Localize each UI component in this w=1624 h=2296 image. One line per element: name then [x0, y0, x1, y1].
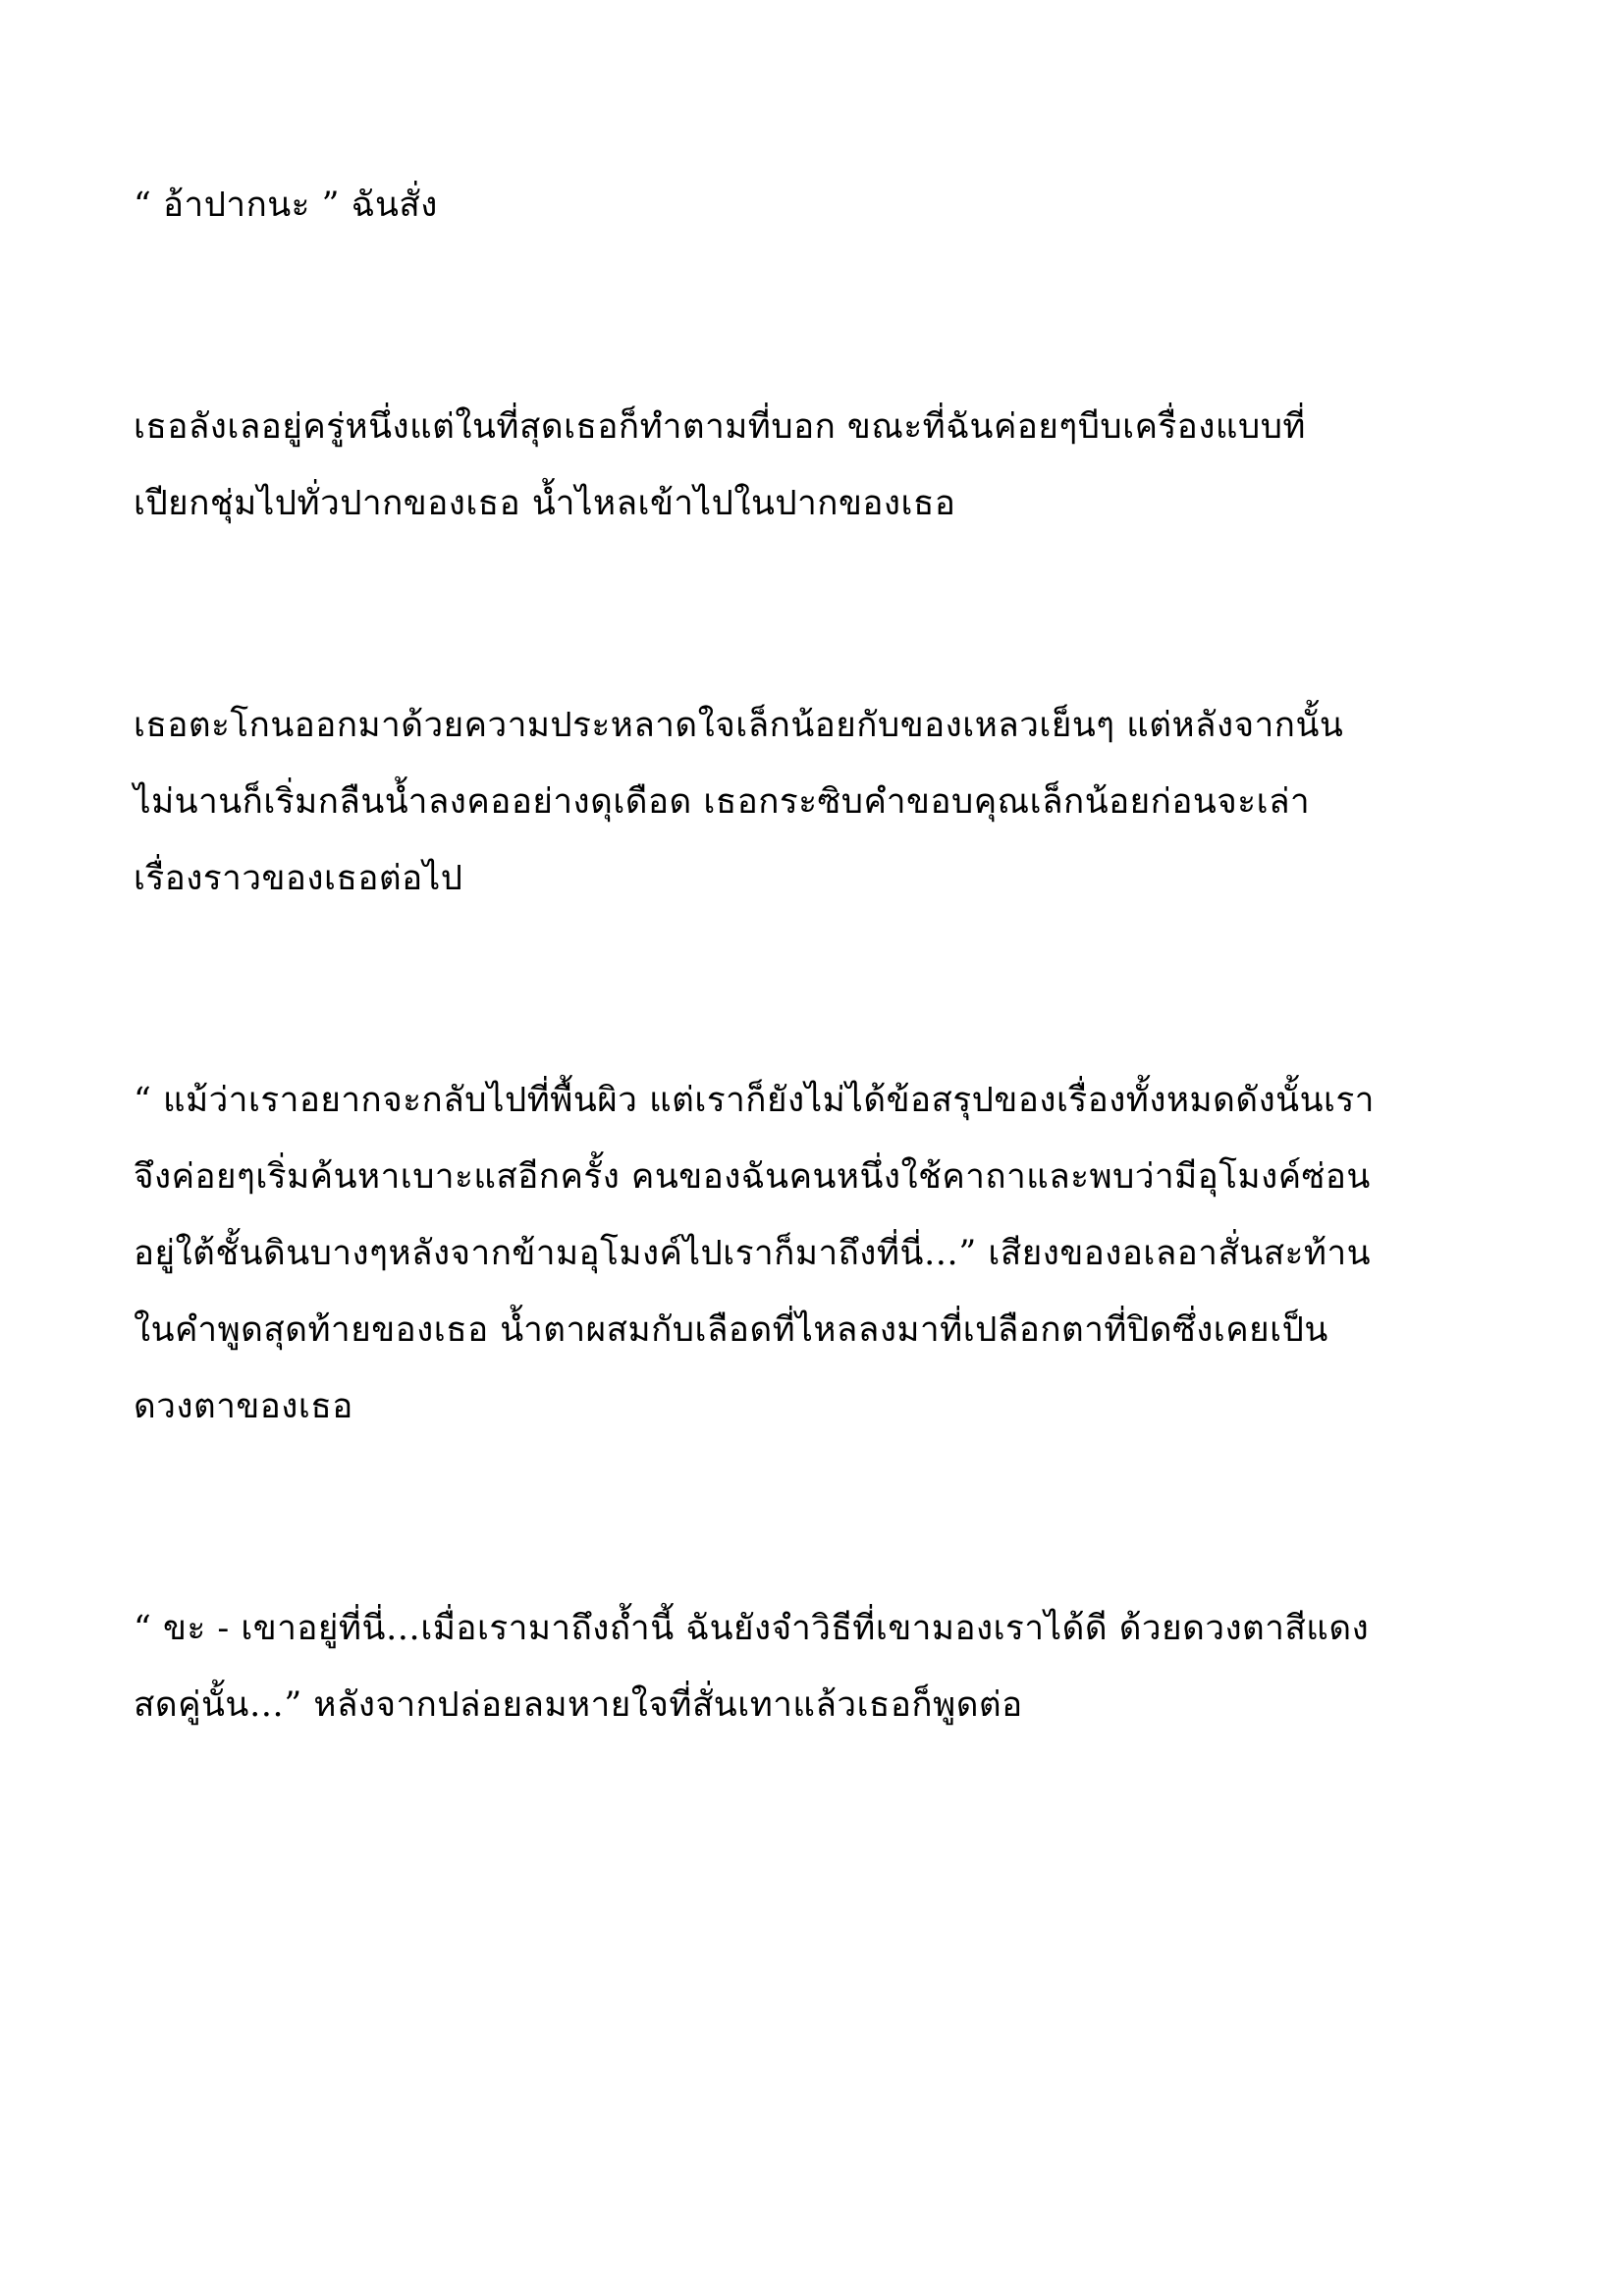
text-line: เธอลังเลอยู่ครู่หนึ่งแต่ในที่สุดเธอก็ทำต…	[134, 389, 1496, 465]
text-line: เรื่องราวของเธอต่อไป	[134, 840, 1496, 917]
document-page: “ อ้าปากนะ ” ฉันสั่ง เธอลังเลอยู่ครู่หนึ…	[0, 0, 1624, 2296]
text-line: “ อ้าปากนะ ” ฉันสั่ง	[134, 167, 1496, 243]
text-line: สดคู่นั้น…” หลังจากปล่อยลมหายใจที่สั่นเท…	[134, 1667, 1496, 1743]
text-line: เปียกชุ่มไปทั่วปากของเธอ น้ำไหลเข้าไปในป…	[134, 465, 1496, 542]
text-line: อยู่ใต้ชั้นดินบางๆหลังจากข้ามอุโมงค์ไปเร…	[134, 1215, 1496, 1292]
text-line: จึงค่อยๆเริ่มค้นหาเบาะแสอีกครั้ง คนของฉั…	[134, 1139, 1496, 1215]
text-line: “ ขะ - เขาอยู่ที่นี่…เมื่อเรามาถึงถ้ำนี้…	[134, 1590, 1496, 1667]
text-line: ในคำพูดสุดท้ายของเธอ น้ำตาผสมกับเลือดที่…	[134, 1292, 1496, 1368]
text-line: “ แม้ว่าเราอยากจะกลับไปที่พื้นผิว แต่เรา…	[134, 1062, 1496, 1139]
text-line: ดวงตาของเธอ	[134, 1368, 1496, 1445]
text-line: เธอตะโกนออกมาด้วยความประหลาดใจเล็กน้อยกั…	[134, 687, 1496, 764]
paragraph-4: “ แม้ว่าเราอยากจะกลับไปที่พื้นผิว แต่เรา…	[134, 1062, 1496, 1445]
paragraph-1: “ อ้าปากนะ ” ฉันสั่ง	[134, 167, 1496, 243]
text-line: ไม่นานก็เริ่มกลืนน้ำลงคออย่างดุเดือด เธอ…	[134, 764, 1496, 840]
paragraph-2: เธอลังเลอยู่ครู่หนึ่งแต่ในที่สุดเธอก็ทำต…	[134, 389, 1496, 542]
paragraph-3: เธอตะโกนออกมาด้วยความประหลาดใจเล็กน้อยกั…	[134, 687, 1496, 917]
paragraph-5: “ ขะ - เขาอยู่ที่นี่…เมื่อเรามาถึงถ้ำนี้…	[134, 1590, 1496, 1743]
